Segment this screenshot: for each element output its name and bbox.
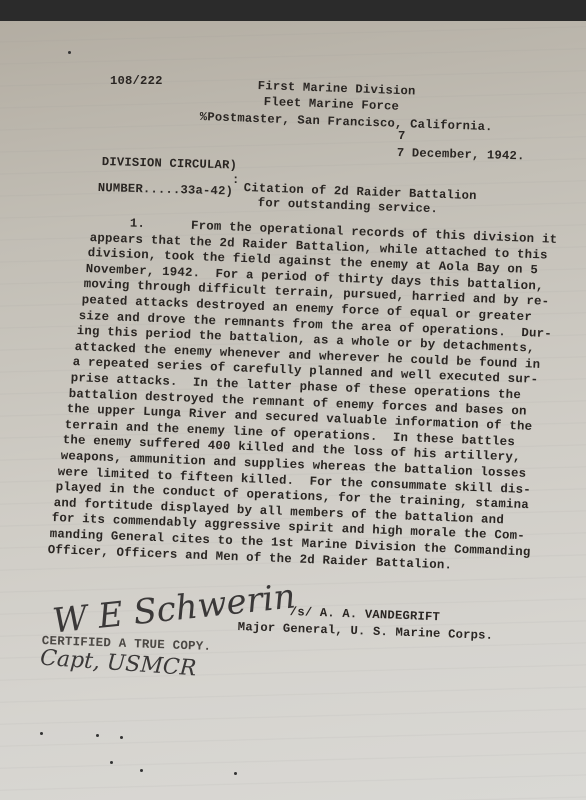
file-number: 108/222: [110, 75, 163, 88]
letterhead-mark: 7: [398, 130, 406, 143]
top-bar: [0, 0, 586, 21]
ink-speck: [68, 51, 71, 54]
ink-speck: [234, 772, 237, 775]
ink-speck: [120, 736, 123, 739]
ink-speck: [110, 761, 113, 764]
ink-speck: [40, 732, 43, 735]
document-page: 108/222 First Marine Division Fleet Mari…: [0, 21, 586, 800]
ink-speck: [140, 769, 143, 772]
circular-colon: :: [232, 174, 240, 187]
ink-speck: [96, 734, 99, 737]
